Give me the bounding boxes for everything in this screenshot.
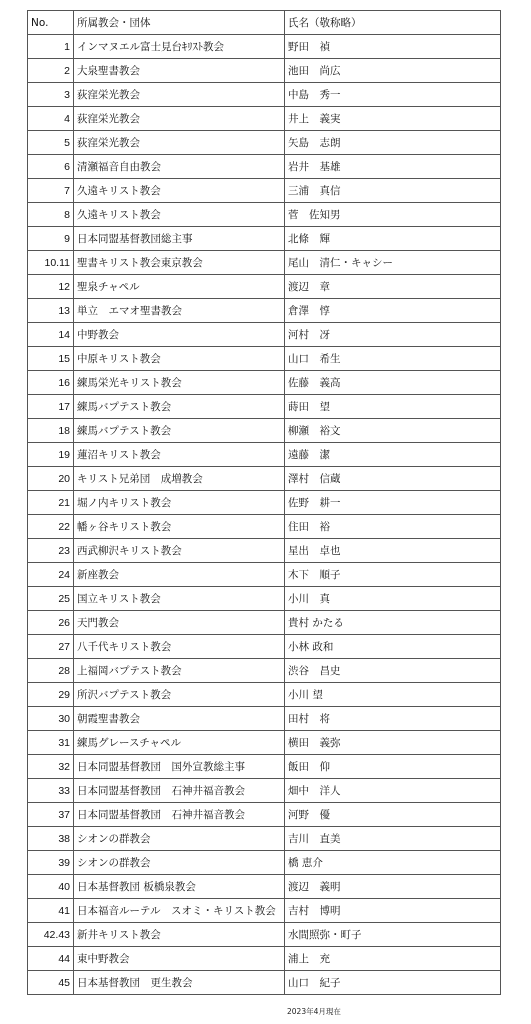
table-row: 10.11聖書キリスト教会東京教会尾山 清仁・キャシー — [28, 251, 501, 275]
row-number: 22 — [28, 515, 74, 539]
table-row: 27八千代キリスト教会小林 政和 — [28, 635, 501, 659]
member-name-cell: 柳瀬 裕文 — [285, 419, 501, 443]
table-row: 13単立 エマオ聖書教会倉澤 惇 — [28, 299, 501, 323]
church-cell: シオンの群教会 — [74, 851, 285, 875]
row-number: 23 — [28, 539, 74, 563]
church-cell: 大泉聖書教会 — [74, 59, 285, 83]
row-number: 14 — [28, 323, 74, 347]
member-name-cell: 小川 望 — [285, 683, 501, 707]
church-cell: シオンの群教会 — [74, 827, 285, 851]
header-church: 所属教会・団体 — [74, 11, 285, 35]
table-row: 2大泉聖書教会池田 尚広 — [28, 59, 501, 83]
row-number: 38 — [28, 827, 74, 851]
member-name-cell: 佐藤 義高 — [285, 371, 501, 395]
member-name-cell: 渋谷 昌史 — [285, 659, 501, 683]
table-row: 5荻窪栄光教会矢島 志朗 — [28, 131, 501, 155]
church-cell: 練馬バプテスト教会 — [74, 395, 285, 419]
member-name-cell: 倉澤 惇 — [285, 299, 501, 323]
row-number: 45 — [28, 971, 74, 995]
header-name: 氏名（敬称略） — [285, 11, 501, 35]
table-row: 33日本同盟基督教団 石神井福音教会畑中 洋人 — [28, 779, 501, 803]
church-cell: 蓮沼キリスト教会 — [74, 443, 285, 467]
member-name-cell: 澤村 信蔵 — [285, 467, 501, 491]
church-cell: 練馬栄光キリスト教会 — [74, 371, 285, 395]
table-row: 29所沢バプテスト教会小川 望 — [28, 683, 501, 707]
church-cell: 天門教会 — [74, 611, 285, 635]
table-body: 1インマヌエル富士見台ｷﾘｽﾄ教会野田 禎2大泉聖書教会池田 尚広3荻窪栄光教会… — [28, 35, 501, 995]
church-cell: インマヌエル富士見台ｷﾘｽﾄ教会 — [74, 35, 285, 59]
row-number: 27 — [28, 635, 74, 659]
row-number: 17 — [28, 395, 74, 419]
church-cell: 堀ノ内キリスト教会 — [74, 491, 285, 515]
member-name-cell: 北條 輝 — [285, 227, 501, 251]
church-cell: 東中野教会 — [74, 947, 285, 971]
member-name-cell: 吉川 直美 — [285, 827, 501, 851]
row-number: 42.43 — [28, 923, 74, 947]
row-number: 26 — [28, 611, 74, 635]
member-name-cell: 井上 義実 — [285, 107, 501, 131]
member-name-cell: 中島 秀一 — [285, 83, 501, 107]
table-row: 14中野教会河村 冴 — [28, 323, 501, 347]
church-cell: 新井キリスト教会 — [74, 923, 285, 947]
church-cell: 日本基督教団 板橋泉教会 — [74, 875, 285, 899]
member-name-cell: 山口 希生 — [285, 347, 501, 371]
roster-table: No. 所属教会・団体 氏名（敬称略） 1インマヌエル富士見台ｷﾘｽﾄ教会野田 … — [27, 10, 501, 995]
member-name-cell: 池田 尚広 — [285, 59, 501, 83]
header-no: No. — [28, 11, 74, 35]
member-name-cell: 河野 優 — [285, 803, 501, 827]
row-number: 18 — [28, 419, 74, 443]
row-number: 12 — [28, 275, 74, 299]
member-name-cell: 小川 真 — [285, 587, 501, 611]
member-name-cell: 渡辺 章 — [285, 275, 501, 299]
member-name-cell: 野田 禎 — [285, 35, 501, 59]
church-cell: 久遠キリスト教会 — [74, 203, 285, 227]
row-number: 13 — [28, 299, 74, 323]
church-cell: 練馬グレースチャペル — [74, 731, 285, 755]
header-row: No. 所属教会・団体 氏名（敬称略） — [28, 11, 501, 35]
table-row: 26天門教会貴村 かたる — [28, 611, 501, 635]
church-cell: キリスト兄弟団 成増教会 — [74, 467, 285, 491]
table-row: 1インマヌエル富士見台ｷﾘｽﾄ教会野田 禎 — [28, 35, 501, 59]
member-name-cell: 遠藤 潔 — [285, 443, 501, 467]
church-cell: 久遠キリスト教会 — [74, 179, 285, 203]
row-number: 32 — [28, 755, 74, 779]
row-number: 10.11 — [28, 251, 74, 275]
row-number: 7 — [28, 179, 74, 203]
row-number: 8 — [28, 203, 74, 227]
row-number: 3 — [28, 83, 74, 107]
church-cell: 荻窪栄光教会 — [74, 107, 285, 131]
table-row: 18練馬バプテスト教会柳瀬 裕文 — [28, 419, 501, 443]
church-cell: 朝霞聖書教会 — [74, 707, 285, 731]
member-name-cell: 住田 裕 — [285, 515, 501, 539]
church-cell: 聖泉チャペル — [74, 275, 285, 299]
church-cell: 単立 エマオ聖書教会 — [74, 299, 285, 323]
table-row: 37日本同盟基督教団 石神井福音教会河野 優 — [28, 803, 501, 827]
member-name-cell: 河村 冴 — [285, 323, 501, 347]
church-cell: 八千代キリスト教会 — [74, 635, 285, 659]
table-row: 19蓮沼キリスト教会遠藤 潔 — [28, 443, 501, 467]
member-name-cell: 吉村 博明 — [285, 899, 501, 923]
row-number: 1 — [28, 35, 74, 59]
row-number: 21 — [28, 491, 74, 515]
church-cell: 清瀬福音自由教会 — [74, 155, 285, 179]
table-row: 31練馬グレースチャペル横田 義弥 — [28, 731, 501, 755]
table-row: 12聖泉チャペル渡辺 章 — [28, 275, 501, 299]
table-row: 23西武柳沢キリスト教会星出 卓也 — [28, 539, 501, 563]
church-cell: 国立キリスト教会 — [74, 587, 285, 611]
church-cell: 西武柳沢キリスト教会 — [74, 539, 285, 563]
row-number: 30 — [28, 707, 74, 731]
table-row: 9日本同盟基督教団総主事北條 輝 — [28, 227, 501, 251]
church-cell: 荻窪栄光教会 — [74, 131, 285, 155]
table-row: 7久遠キリスト教会三浦 真信 — [28, 179, 501, 203]
table-row: 16練馬栄光キリスト教会佐藤 義高 — [28, 371, 501, 395]
table-row: 15中原キリスト教会山口 希生 — [28, 347, 501, 371]
member-name-cell: 蒔田 望 — [285, 395, 501, 419]
row-number: 37 — [28, 803, 74, 827]
church-cell: 日本同盟基督教団 国外宣教総主事 — [74, 755, 285, 779]
row-number: 20 — [28, 467, 74, 491]
member-name-cell: 菅 佐知男 — [285, 203, 501, 227]
row-number: 40 — [28, 875, 74, 899]
church-cell: 上福岡バプテスト教会 — [74, 659, 285, 683]
row-number: 9 — [28, 227, 74, 251]
church-cell: 日本同盟基督教団総主事 — [74, 227, 285, 251]
table-row: 40日本基督教団 板橋泉教会渡辺 義明 — [28, 875, 501, 899]
table-row: 6清瀬福音自由教会岩井 基雄 — [28, 155, 501, 179]
as-of-date-note: 2023年4月現在 — [287, 1006, 341, 1017]
church-cell: 新座教会 — [74, 563, 285, 587]
table-row: 28上福岡バプテスト教会渋谷 昌史 — [28, 659, 501, 683]
member-name-cell: 星出 卓也 — [285, 539, 501, 563]
table-row: 25国立キリスト教会小川 真 — [28, 587, 501, 611]
table-row: 24新座教会木下 順子 — [28, 563, 501, 587]
table-row: 21堀ノ内キリスト教会佐野 耕一 — [28, 491, 501, 515]
row-number: 39 — [28, 851, 74, 875]
member-name-cell: 田村 将 — [285, 707, 501, 731]
member-name-cell: 尾山 清仁・キャシー — [285, 251, 501, 275]
member-name-cell: 貴村 かたる — [285, 611, 501, 635]
member-name-cell: 佐野 耕一 — [285, 491, 501, 515]
row-number: 24 — [28, 563, 74, 587]
church-cell: 幡ヶ谷キリスト教会 — [74, 515, 285, 539]
member-name-cell: 岩井 基雄 — [285, 155, 501, 179]
table-row: 20キリスト兄弟団 成増教会澤村 信蔵 — [28, 467, 501, 491]
table-row: 45日本基督教団 更生教会山口 紀子 — [28, 971, 501, 995]
member-name-cell: 浦上 充 — [285, 947, 501, 971]
row-number: 31 — [28, 731, 74, 755]
table-row: 22幡ヶ谷キリスト教会住田 裕 — [28, 515, 501, 539]
row-number: 33 — [28, 779, 74, 803]
church-cell: 日本同盟基督教団 石神井福音教会 — [74, 803, 285, 827]
row-number: 5 — [28, 131, 74, 155]
member-name-cell: 横田 義弥 — [285, 731, 501, 755]
table-row: 30朝霞聖書教会田村 将 — [28, 707, 501, 731]
row-number: 25 — [28, 587, 74, 611]
table-row: 17練馬バプテスト教会蒔田 望 — [28, 395, 501, 419]
member-name-cell: 橋 恵介 — [285, 851, 501, 875]
table-row: 41日本福音ルーテル スオミ・キリスト教会吉村 博明 — [28, 899, 501, 923]
church-cell: 日本同盟基督教団 石神井福音教会 — [74, 779, 285, 803]
table-row: 38シオンの群教会吉川 直美 — [28, 827, 501, 851]
table-row: 44東中野教会浦上 充 — [28, 947, 501, 971]
row-number: 6 — [28, 155, 74, 179]
member-name-cell: 木下 順子 — [285, 563, 501, 587]
row-number: 19 — [28, 443, 74, 467]
row-number: 28 — [28, 659, 74, 683]
church-cell: 練馬バプテスト教会 — [74, 419, 285, 443]
church-cell: 中野教会 — [74, 323, 285, 347]
table-row: 3荻窪栄光教会中島 秀一 — [28, 83, 501, 107]
row-number: 15 — [28, 347, 74, 371]
church-cell: 日本福音ルーテル スオミ・キリスト教会 — [74, 899, 285, 923]
church-cell: 聖書キリスト教会東京教会 — [74, 251, 285, 275]
table-row: 39シオンの群教会橋 恵介 — [28, 851, 501, 875]
row-number: 29 — [28, 683, 74, 707]
member-name-cell: 三浦 真信 — [285, 179, 501, 203]
church-cell: 日本基督教団 更生教会 — [74, 971, 285, 995]
row-number: 41 — [28, 899, 74, 923]
row-number: 16 — [28, 371, 74, 395]
table-row: 42.43新井キリスト教会水間照弥・町子 — [28, 923, 501, 947]
member-name-cell: 矢島 志朗 — [285, 131, 501, 155]
church-cell: 荻窪栄光教会 — [74, 83, 285, 107]
church-cell: 中原キリスト教会 — [74, 347, 285, 371]
row-number: 4 — [28, 107, 74, 131]
member-name-cell: 小林 政和 — [285, 635, 501, 659]
member-name-cell: 畑中 洋人 — [285, 779, 501, 803]
table-row: 4荻窪栄光教会井上 義実 — [28, 107, 501, 131]
member-name-cell: 山口 紀子 — [285, 971, 501, 995]
row-number: 44 — [28, 947, 74, 971]
member-name-cell: 渡辺 義明 — [285, 875, 501, 899]
member-name-cell: 飯田 仰 — [285, 755, 501, 779]
table-row: 32日本同盟基督教団 国外宣教総主事飯田 仰 — [28, 755, 501, 779]
church-cell: 所沢バプテスト教会 — [74, 683, 285, 707]
row-number: 2 — [28, 59, 74, 83]
member-name-cell: 水間照弥・町子 — [285, 923, 501, 947]
table-row: 8久遠キリスト教会菅 佐知男 — [28, 203, 501, 227]
